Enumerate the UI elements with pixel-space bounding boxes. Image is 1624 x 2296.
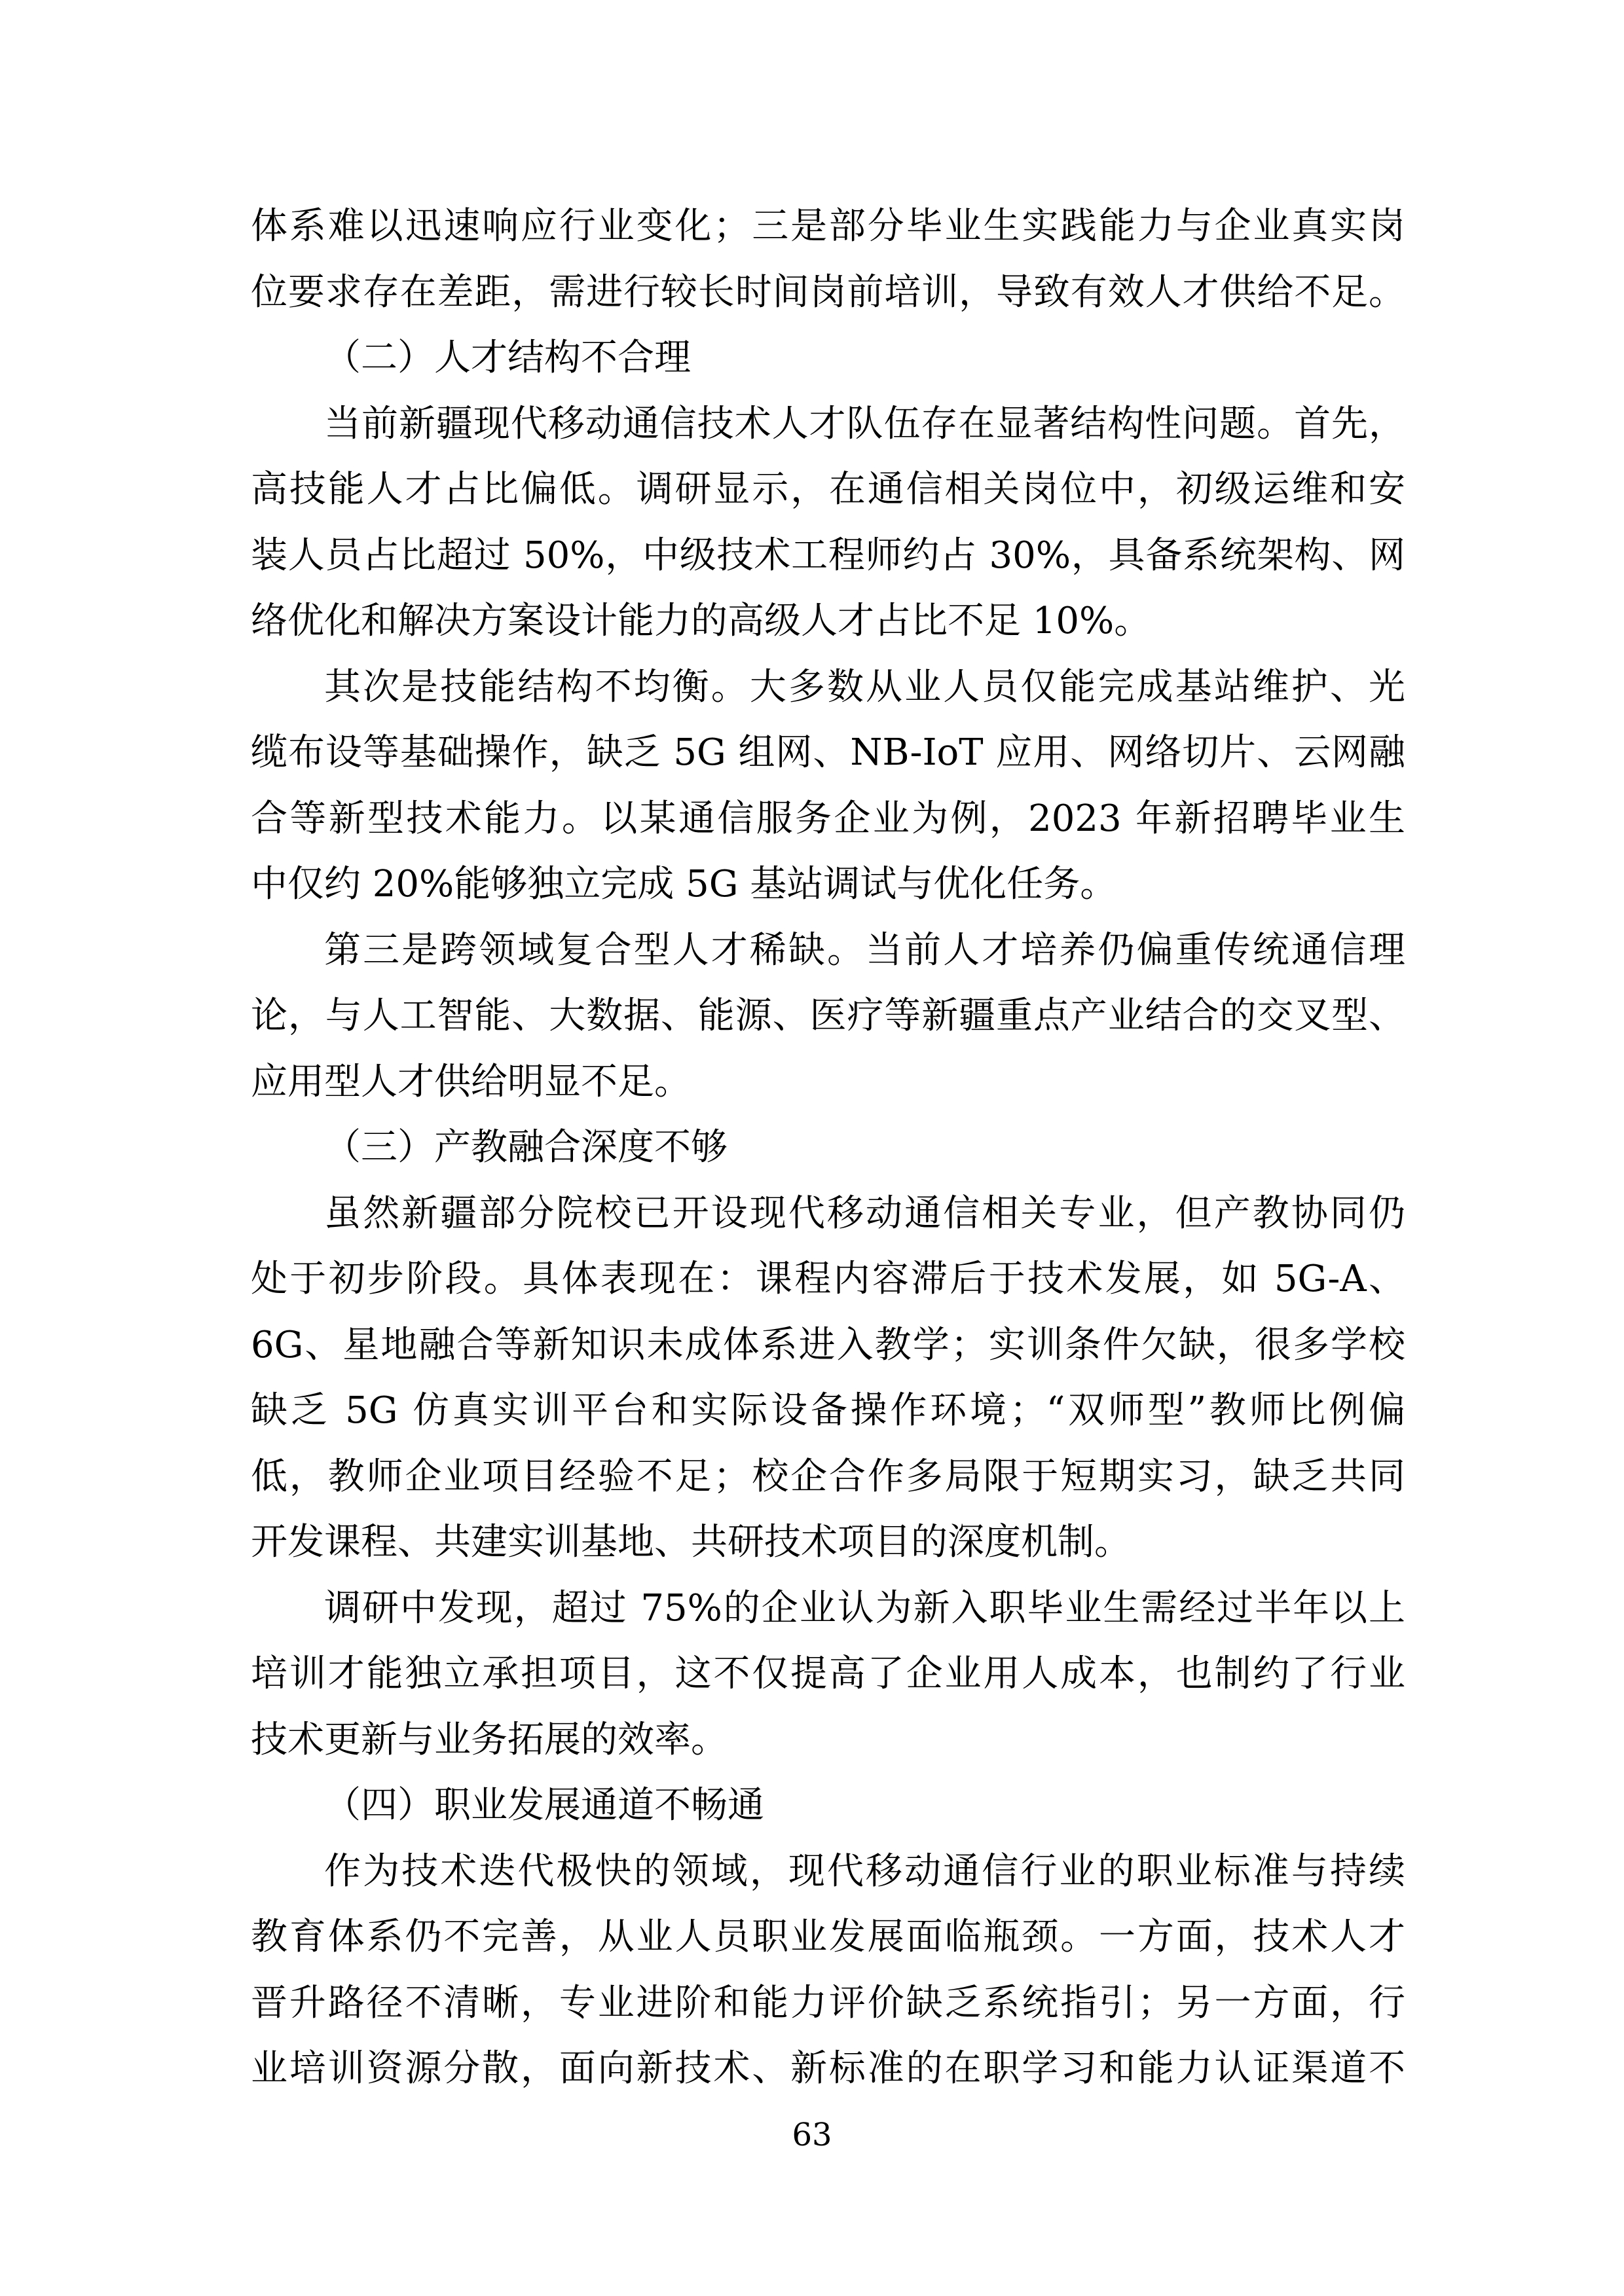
text-line: 中仅约 20%能够独立完成 5G 基站调试与优化任务。 (251, 852, 1405, 918)
text-line: 论，与人工智能、大数据、能源、医疗等新疆重点产业结合的交叉型、 (251, 983, 1405, 1049)
text-line: 处于初步阶段。具体表现在：课程内容滞后于技术发展，如 5G-A、 (251, 1247, 1405, 1313)
text-line: 虽然新疆部分院校已开设现代移动通信相关专业，但产教协同仍 (251, 1181, 1405, 1247)
text-line: 位要求存在差距，需进行较长时间岗前培训，导致有效人才供给不足。 (251, 260, 1405, 326)
text-line: 低，教师企业项目经验不足；校企合作多局限于短期实习，缺乏共同 (251, 1444, 1405, 1510)
section-heading: （四）职业发展通道不畅通 (251, 1773, 1405, 1839)
text-line: 应用型人才供给明显不足。 (251, 1049, 1405, 1116)
text-line: 培训才能独立承担项目，这不仅提高了企业用人成本，也制约了行业 (251, 1641, 1405, 1707)
text-line: 高技能人才占比偏低。调研显示，在通信相关岗位中，初级运维和安 (251, 457, 1405, 523)
text-line: 缺乏 5G 仿真实训平台和实际设备操作环境；“双师型”教师比例偏 (251, 1378, 1405, 1444)
section-heading: （二）人才结构不合理 (251, 325, 1405, 392)
text-line: 业培训资源分散，面向新技术、新标准的在职学习和能力认证渠道不 (251, 2036, 1405, 2102)
text-line: 缆布设等基础操作，缺乏 5G 组网、NB-IoT 应用、网络切片、云网融 (251, 720, 1405, 786)
text-line: 技术更新与业务拓展的效率。 (251, 1707, 1405, 1774)
page-number: 63 (0, 2112, 1624, 2158)
text-line: 体系难以迅速响应行业变化；三是部分毕业生实践能力与企业真实岗 (251, 194, 1405, 260)
text-line: 装人员占比超过 50%，中级技术工程师约占 30%，具备系统架构、网 (251, 523, 1405, 589)
text-line: 作为技术迭代极快的领域，现代移动通信行业的职业标准与持续 (251, 1839, 1405, 1905)
text-line: 合等新型技术能力。以某通信服务企业为例，2023 年新招聘毕业生 (251, 786, 1405, 852)
text-line: 当前新疆现代移动通信技术人才队伍存在显著结构性问题。首先， (251, 392, 1405, 458)
text-line: 6G、星地融合等新知识未成体系进入教学；实训条件欠缺，很多学校 (251, 1313, 1405, 1379)
text-line: 第三是跨领域复合型人才稀缺。当前人才培养仍偏重传统通信理 (251, 918, 1405, 984)
text-line: 调研中发现，超过 75%的企业认为新入职毕业生需经过半年以上 (251, 1576, 1405, 1642)
text-line: 教育体系仍不完善，从业人员职业发展面临瓶颈。一方面，技术人才 (251, 1904, 1405, 1971)
text-line: 络优化和解决方案设计能力的高级人才占比不足 10%。 (251, 589, 1405, 655)
text-line: 晋升路径不清晰，专业进阶和能力评价缺乏系统指引；另一方面，行 (251, 1971, 1405, 2037)
text-line: 其次是技能结构不均衡。大多数从业人员仅能完成基站维护、光 (251, 655, 1405, 721)
text-block: 体系难以迅速响应行业变化；三是部分毕业生实践能力与企业真实岗 位要求存在差距，需… (251, 194, 1405, 2102)
text-line: 开发课程、共建实训基地、共研技术项目的深度机制。 (251, 1510, 1405, 1576)
document-page: 体系难以迅速响应行业变化；三是部分毕业生实践能力与企业真实岗 位要求存在差距，需… (0, 0, 1624, 2296)
section-heading: （三）产教融合深度不够 (251, 1115, 1405, 1181)
